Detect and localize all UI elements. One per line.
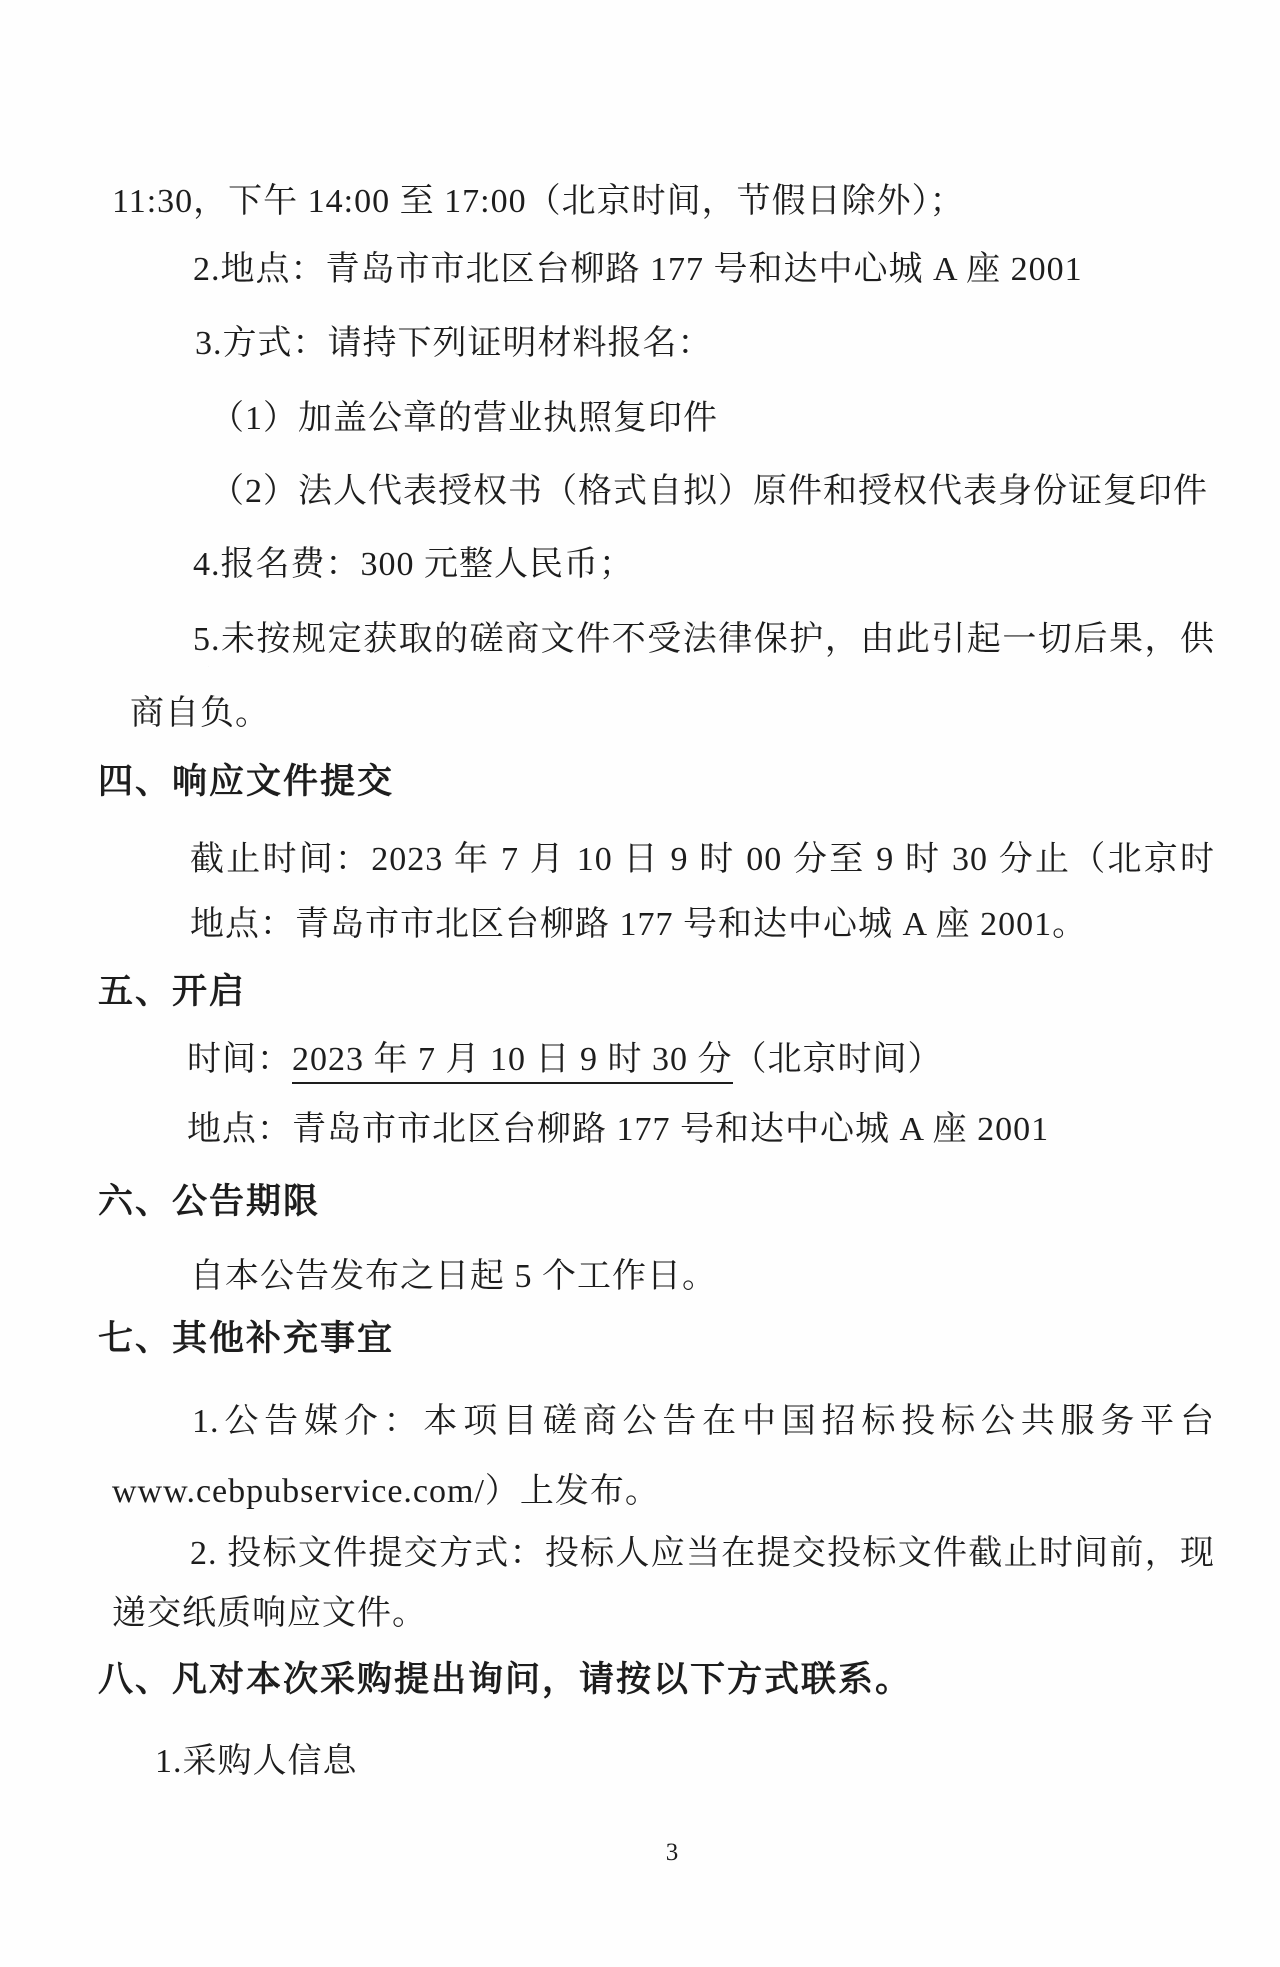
legal-notice-line-1: 5.未按规定获取的磋商文件不受法律保护，由此引起一切后果，供应 — [193, 617, 1215, 667]
section-6-heading: 六、公告期限 — [98, 1179, 320, 1225]
registration-time-continuation: 11:30，下午 14:00 至 17:00（北京时间，节假日除外）； — [112, 179, 965, 225]
page-number: 3 — [0, 1839, 1280, 1867]
registration-fee: 4.报名费：300 元整人民币； — [193, 542, 634, 588]
bid-submission-method-line-1: 2. 投标文件提交方式：投标人应当在提交投标文件截止时间前，现场 — [190, 1531, 1215, 1581]
legal-notice-line-2: 商自负。 — [130, 691, 270, 737]
purchaser-info-heading: 1.采购人信息 — [155, 1739, 358, 1785]
underlined-opening-datetime: 2023 年 7 月 10 日 9 时 30 分 — [292, 1041, 733, 1084]
announcement-media-line-2: www.cebpubservice.com/）上发布。 — [112, 1469, 660, 1515]
material-item-1: （1）加盖公章的营业执照复印件 — [210, 396, 718, 442]
opening-time: 时间：2023 年 7 月 10 日 9 时 30 分（北京时间） — [187, 1037, 943, 1083]
section-8-heading: 八、凡对本次采购提出询问，请按以下方式联系。 — [98, 1657, 912, 1703]
document-page: 11:30，下午 14:00 至 17:00（北京时间，节假日除外）；2.地点：… — [0, 0, 1280, 1967]
submission-deadline: 截止时间：2023 年 7 月 10 日 9 时 00 分至 9 时 30 分止… — [190, 837, 1215, 887]
registration-location: 2.地点：青岛市市北区台柳路 177 号和达中心城 A 座 2001 — [193, 247, 1083, 293]
registration-method: 3.方式：请持下列证明材料报名： — [195, 321, 713, 367]
submission-location: 地点：青岛市市北区台柳路 177 号和达中心城 A 座 2001。 — [190, 902, 1087, 948]
bid-submission-method-line-2: 递交纸质响应文件。 — [112, 1591, 427, 1637]
text-segment: 时间： — [187, 1041, 292, 1078]
announcement-period: 自本公告发布之日起 5 个工作日。 — [190, 1254, 717, 1300]
announcement-media-line-1: 1.公告媒介：本项目磋商公告在中国招标投标公共服务平台（http:// — [192, 1399, 1215, 1449]
section-5-heading: 五、开启 — [98, 969, 246, 1015]
material-item-2: （2）法人代表授权书（格式自拟）原件和授权代表身份证复印件 — [210, 469, 1208, 515]
text-segment: （北京时间） — [733, 1041, 943, 1078]
section-4-heading: 四、响应文件提交 — [98, 759, 394, 805]
section-7-heading: 七、其他补充事宜 — [98, 1316, 394, 1362]
opening-location: 地点：青岛市市北区台柳路 177 号和达中心城 A 座 2001 — [187, 1107, 1049, 1153]
